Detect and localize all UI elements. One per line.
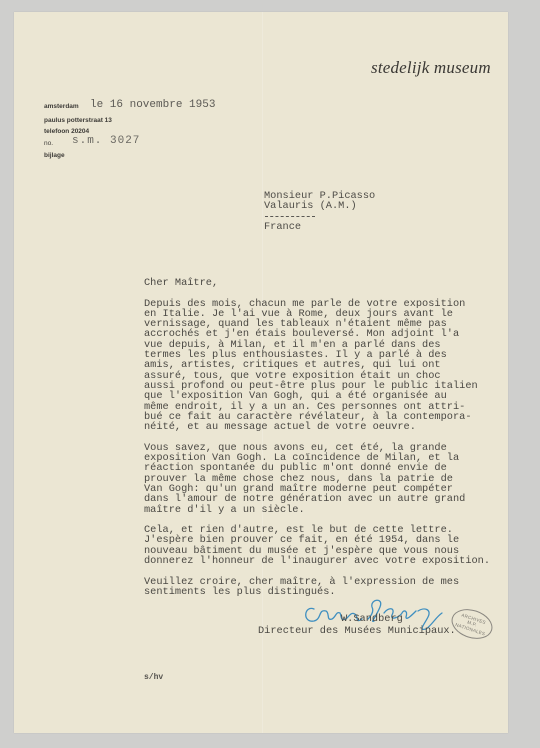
letter-date: le 16 novembre 1953 [90, 99, 215, 111]
address-underline [265, 216, 315, 217]
paragraph-3: Cela, et rien d'autre, est le but de cet… [144, 525, 514, 566]
paragraph-2: Vous savez, que nous avons eu, cet été, … [144, 443, 514, 515]
city-label: amsterdam [44, 103, 79, 110]
paragraph-1: Depuis des mois, chacun me parle de votr… [144, 299, 514, 433]
phone-label: telefoon 20204 [44, 128, 89, 135]
typist-initials: s/hv [144, 673, 163, 682]
letter-body: Cher Maître, Depuis des mois, chacun me … [144, 278, 514, 608]
enclosure-label: bijlage [44, 152, 65, 159]
reference-number: s.m. 3027 [72, 135, 140, 147]
museum-logo: stedelijk museum [371, 58, 491, 78]
number-label: no. [44, 140, 53, 147]
signer-title: Directeur des Musées Municipaux. [258, 625, 456, 637]
address-label: paulus potterstraat 13 [44, 117, 112, 124]
recipient-country: France [264, 221, 301, 233]
recipient-address: Monsieur P.Picasso Valauris (A.M.) [264, 191, 375, 211]
signer-name: W.Sandberg [341, 613, 403, 625]
salutation: Cher Maître, [144, 278, 514, 288]
recipient-city: Valauris (A.M.) [264, 200, 357, 212]
